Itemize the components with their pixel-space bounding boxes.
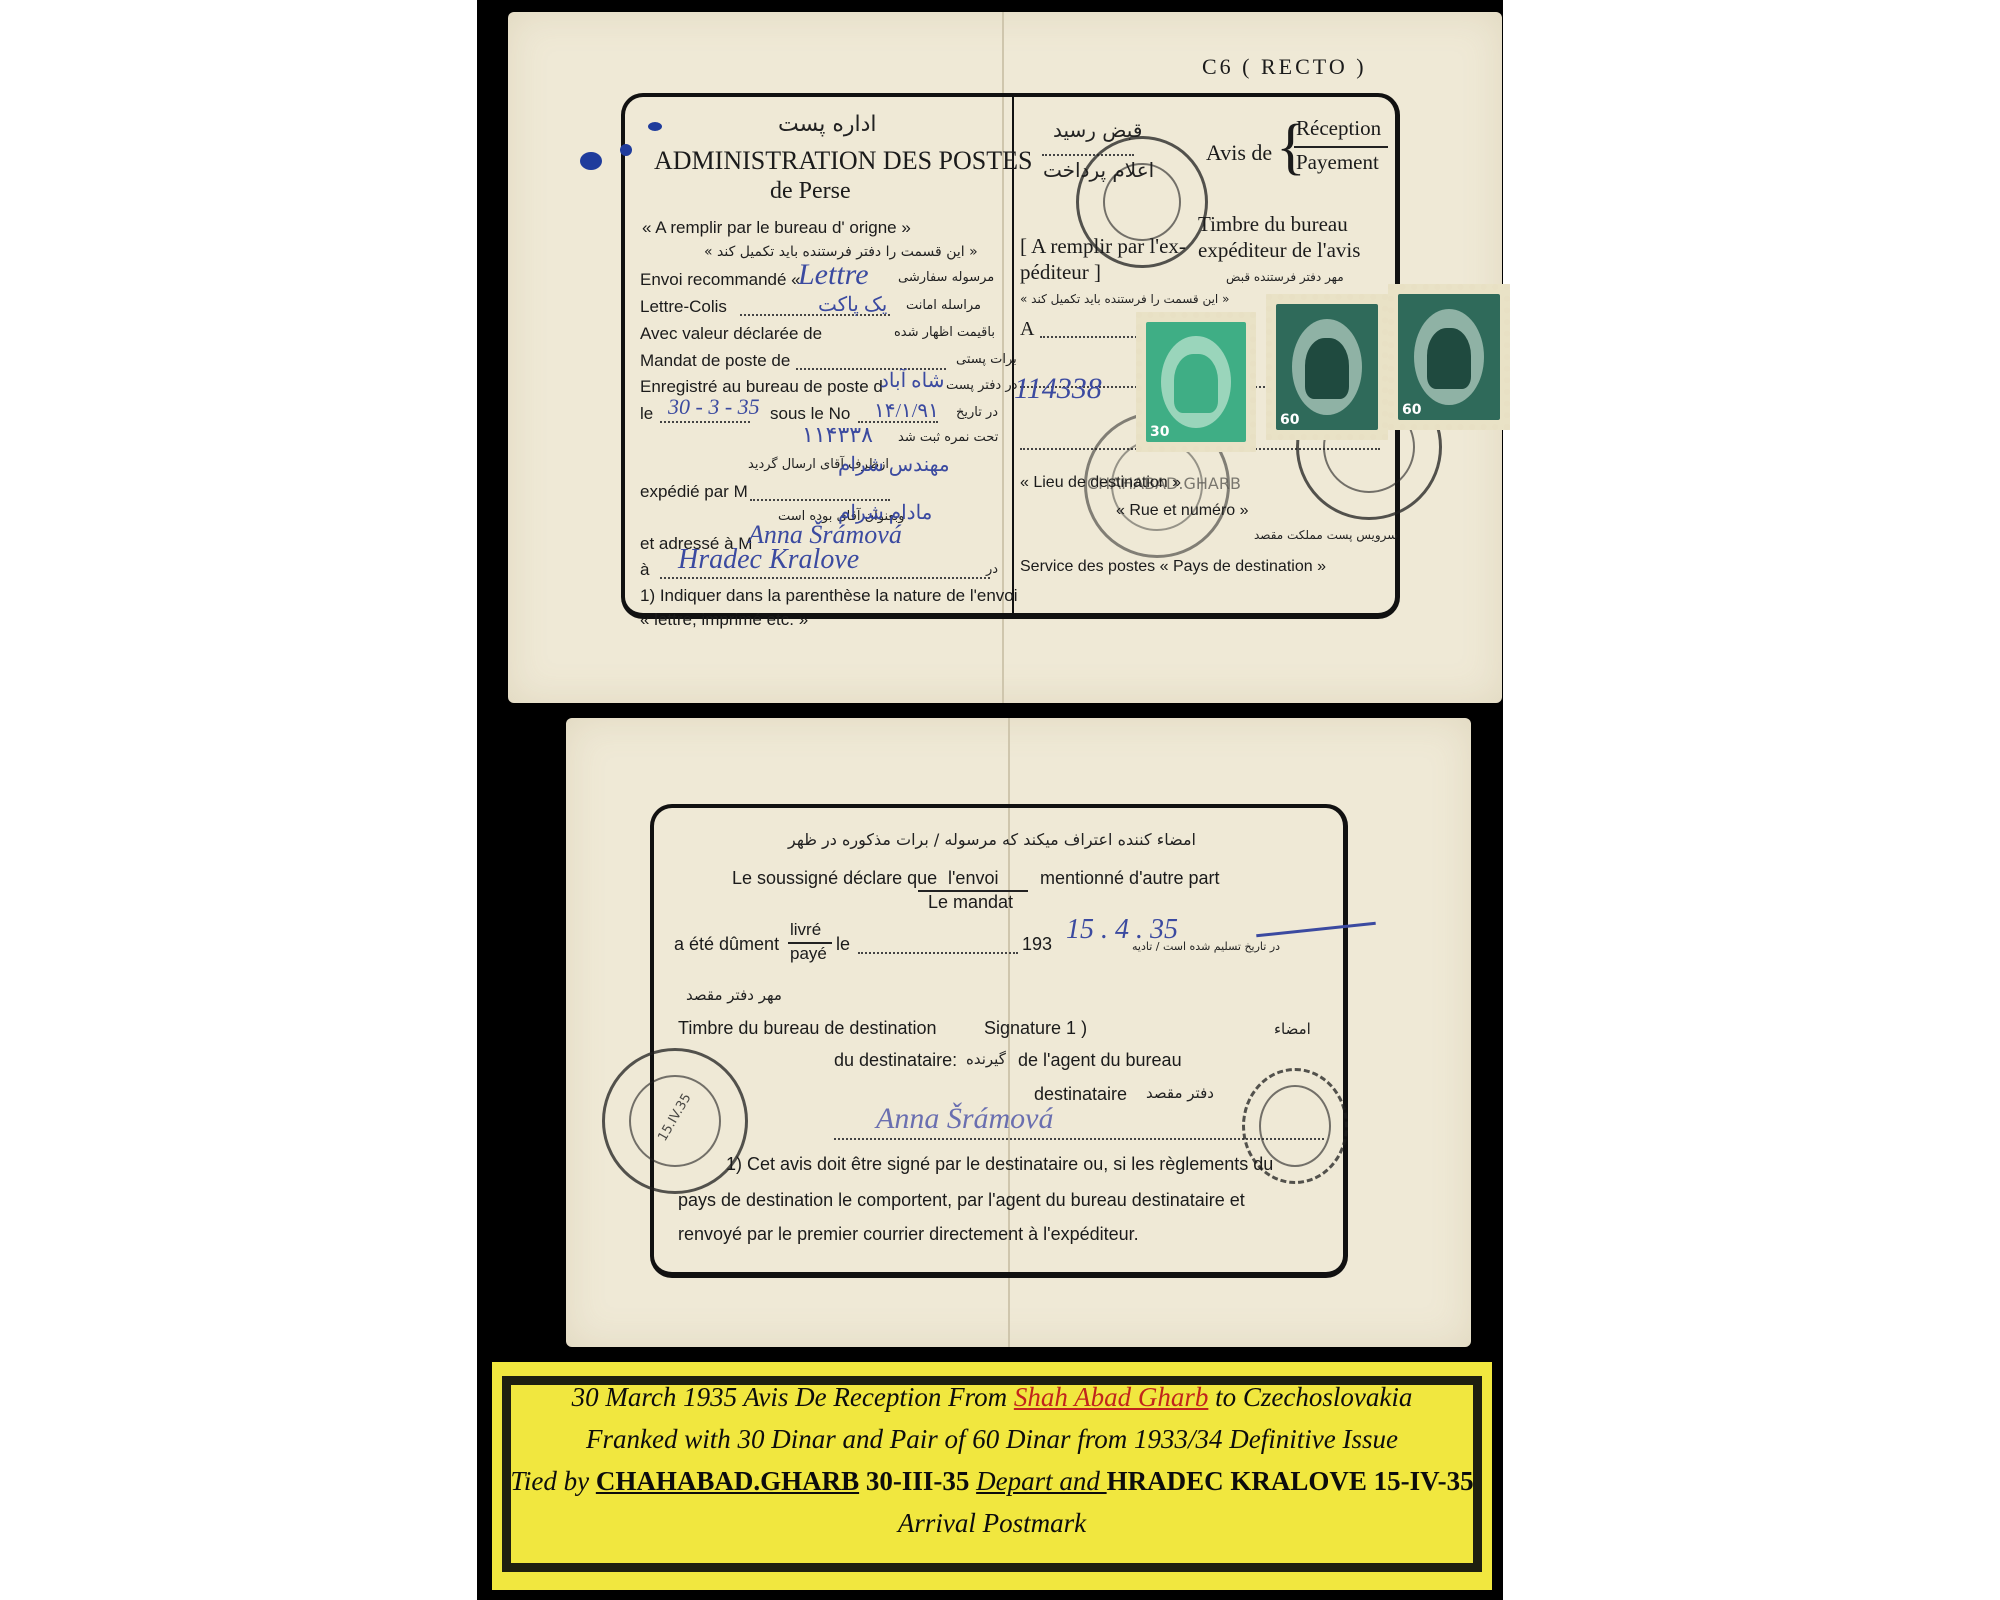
admin-title: ADMINISTRATION DES POSTES <box>654 146 1032 176</box>
caption-line-4: Arrival Postmark <box>492 1502 1492 1544</box>
field-value-enregistre: شاه آباد <box>880 368 944 393</box>
emza-persian: امضاء <box>1274 1020 1311 1038</box>
ink-dot <box>648 122 662 131</box>
caption-line-3: Tied by CHAHABAD.GHARB 30-III-35 Depart … <box>492 1460 1492 1502</box>
stamp-30-dinar: 30 <box>1136 312 1256 452</box>
persian-date-label: در تاریخ تسلیم شده است / تادیه <box>1132 940 1280 953</box>
ink-dot <box>620 144 632 156</box>
field-persian-date: در تاریخ <box>956 405 998 420</box>
payment-option: Payement <box>1296 150 1379 175</box>
field-line <box>660 421 750 423</box>
avis-de: Avis de <box>1206 140 1272 166</box>
timbre-persian: مهر دفتر فرستنده قبض <box>1226 270 1344 284</box>
agent-bureau: de l'agent du bureau <box>1018 1050 1182 1071</box>
footnote-1: 1) Indiquer dans la parenthèse la nature… <box>640 586 1018 606</box>
note-line-1: 1) Cet avis doit être signé par le desti… <box>726 1154 1273 1175</box>
a-line <box>1040 336 1140 338</box>
signature-label: Signature 1 ) <box>984 1018 1087 1039</box>
field-label-le: le <box>640 404 653 424</box>
field-persian-lettre-colis: مراسله امانت <box>906 298 981 313</box>
arrival-postmark-name: HRADEC KRALOVE 15-IV-35 <box>1107 1466 1474 1496</box>
daftar-maqsad-persian: دفتر مقصد <box>1146 1084 1214 1102</box>
service-destination: Service des postes « Pays de destination… <box>1020 558 1326 576</box>
livre-option: livré <box>790 920 821 940</box>
field-label-a: à <box>640 560 649 580</box>
field-line <box>660 577 990 579</box>
fill-sender-2: péditeur ] <box>1020 260 1101 285</box>
timbre-label-1: Timbre du bureau <box>1198 212 1348 237</box>
field-value-lettre-colis: یک پاکت <box>818 292 887 317</box>
field-persian-city: در <box>986 562 998 577</box>
du-destinataire: du destinataire: <box>834 1050 957 1071</box>
fill-sender-persian: « این قسمت را فرستنده باید تکمیل کند » <box>1020 292 1229 306</box>
reception-payment-divider <box>1294 146 1388 148</box>
girandeh-persian: گیرنده <box>966 1050 1006 1068</box>
departure-postmark-name: CHAHABAD.GHARB <box>596 1466 859 1496</box>
postmark <box>1076 136 1208 268</box>
verso-card: امضاء کننده اعتراف میکند که مرسوله / برا… <box>566 718 1471 1347</box>
date-line <box>858 952 1018 954</box>
field-persian-numero: تحت نمره ثبت شد <box>898 430 998 445</box>
form-code: C6 ( RECTO ) <box>1202 54 1367 80</box>
field-persian-enregistre: در دفتر پست <box>946 378 1017 393</box>
registration-number: 114338 <box>1014 372 1102 406</box>
timbre-destination: Timbre du bureau de destination <box>678 1018 937 1039</box>
field-label-sous-no: sous le No <box>770 404 850 424</box>
timbre-label-2: expéditeur de l'avis <box>1198 238 1360 263</box>
envoi-option: l'envoi <box>948 868 998 889</box>
field-value-envoi: Lettre <box>798 258 869 292</box>
ink-dot <box>580 152 602 170</box>
field-value-numero: ۱۱۴۳۳۸ <box>802 422 873 448</box>
year-prefix: 193 <box>1022 934 1052 955</box>
declare-suffix: mentionné d'autre part <box>1040 868 1220 889</box>
caption-line-2: Franked with 30 Dinar and Pair of 60 Din… <box>492 1418 1492 1460</box>
field-persian-mandat: برات پستی <box>956 352 1017 367</box>
field-label-envoi: Envoi recommandé « <box>640 270 801 290</box>
footnote-2: « lettre, imprimé etc. » <box>640 610 808 630</box>
field-value-no: ۱۴/۱/۹۱ <box>874 398 939 423</box>
a-ete-dument: a été dûment <box>674 934 779 955</box>
field-label-expedie: expédié par M <box>640 482 748 502</box>
paye-option: payé <box>790 944 827 964</box>
hradec-kralove-postmark: 15.IV.35 <box>602 1048 748 1194</box>
caption-box: 30 March 1935 Avis De Reception From Sha… <box>492 1362 1492 1590</box>
reception-option: Réception <box>1296 116 1381 141</box>
a-label: A <box>1020 318 1034 341</box>
arrival-postmark <box>1242 1068 1348 1184</box>
field-value-sender: مهندس شرام <box>838 452 950 477</box>
stamp-60-dinar: 60 <box>1388 284 1510 430</box>
field-persian-envoi: مرسوله سفارشی <box>898 270 994 285</box>
mandat-option: Le mandat <box>928 892 1013 913</box>
field-value-city: Hradec Kralove <box>678 544 859 576</box>
origin-town: Shah Abad Gharb <box>1014 1382 1209 1412</box>
field-persian-valeur: باقیمت اظهار شده <box>894 325 995 340</box>
recipient-signature: Anna Šrámová <box>876 1102 1053 1136</box>
persian-header: اداره پست <box>778 112 877 137</box>
note-line-2: pays de destination le comportent, par l… <box>678 1190 1245 1211</box>
fill-note: « A remplir par le bureau d' origne » <box>642 218 911 238</box>
stamp-60-dinar: 60 <box>1266 294 1388 440</box>
admin-subtitle: de Perse <box>770 178 851 205</box>
field-value-date: 30 - 3 - 35 <box>668 394 760 420</box>
note-line-3: renvoyé par le premier courrier directem… <box>678 1224 1139 1245</box>
seal-persian: مهر دفتر مقصد <box>686 986 782 1004</box>
verso-persian-header: امضاء کننده اعتراف میکند که مرسوله / برا… <box>788 830 1196 849</box>
recto-card: C6 ( RECTO ) اداره پست ADMINISTRATION DE… <box>508 12 1502 703</box>
field-label-lettre-colis: Lettre-Colis <box>640 297 727 317</box>
field-label-valeur: Avec valeur déclarée de <box>640 324 822 344</box>
service-persian: سرویس پست مملکت مقصد <box>1254 528 1397 542</box>
field-label-mandat: Mandat de poste de <box>640 351 790 371</box>
le-label: le <box>836 934 850 955</box>
declare-prefix: Le soussigné déclare que <box>732 868 937 889</box>
caption-line-1: 30 March 1935 Avis De Reception From Sha… <box>492 1376 1492 1418</box>
